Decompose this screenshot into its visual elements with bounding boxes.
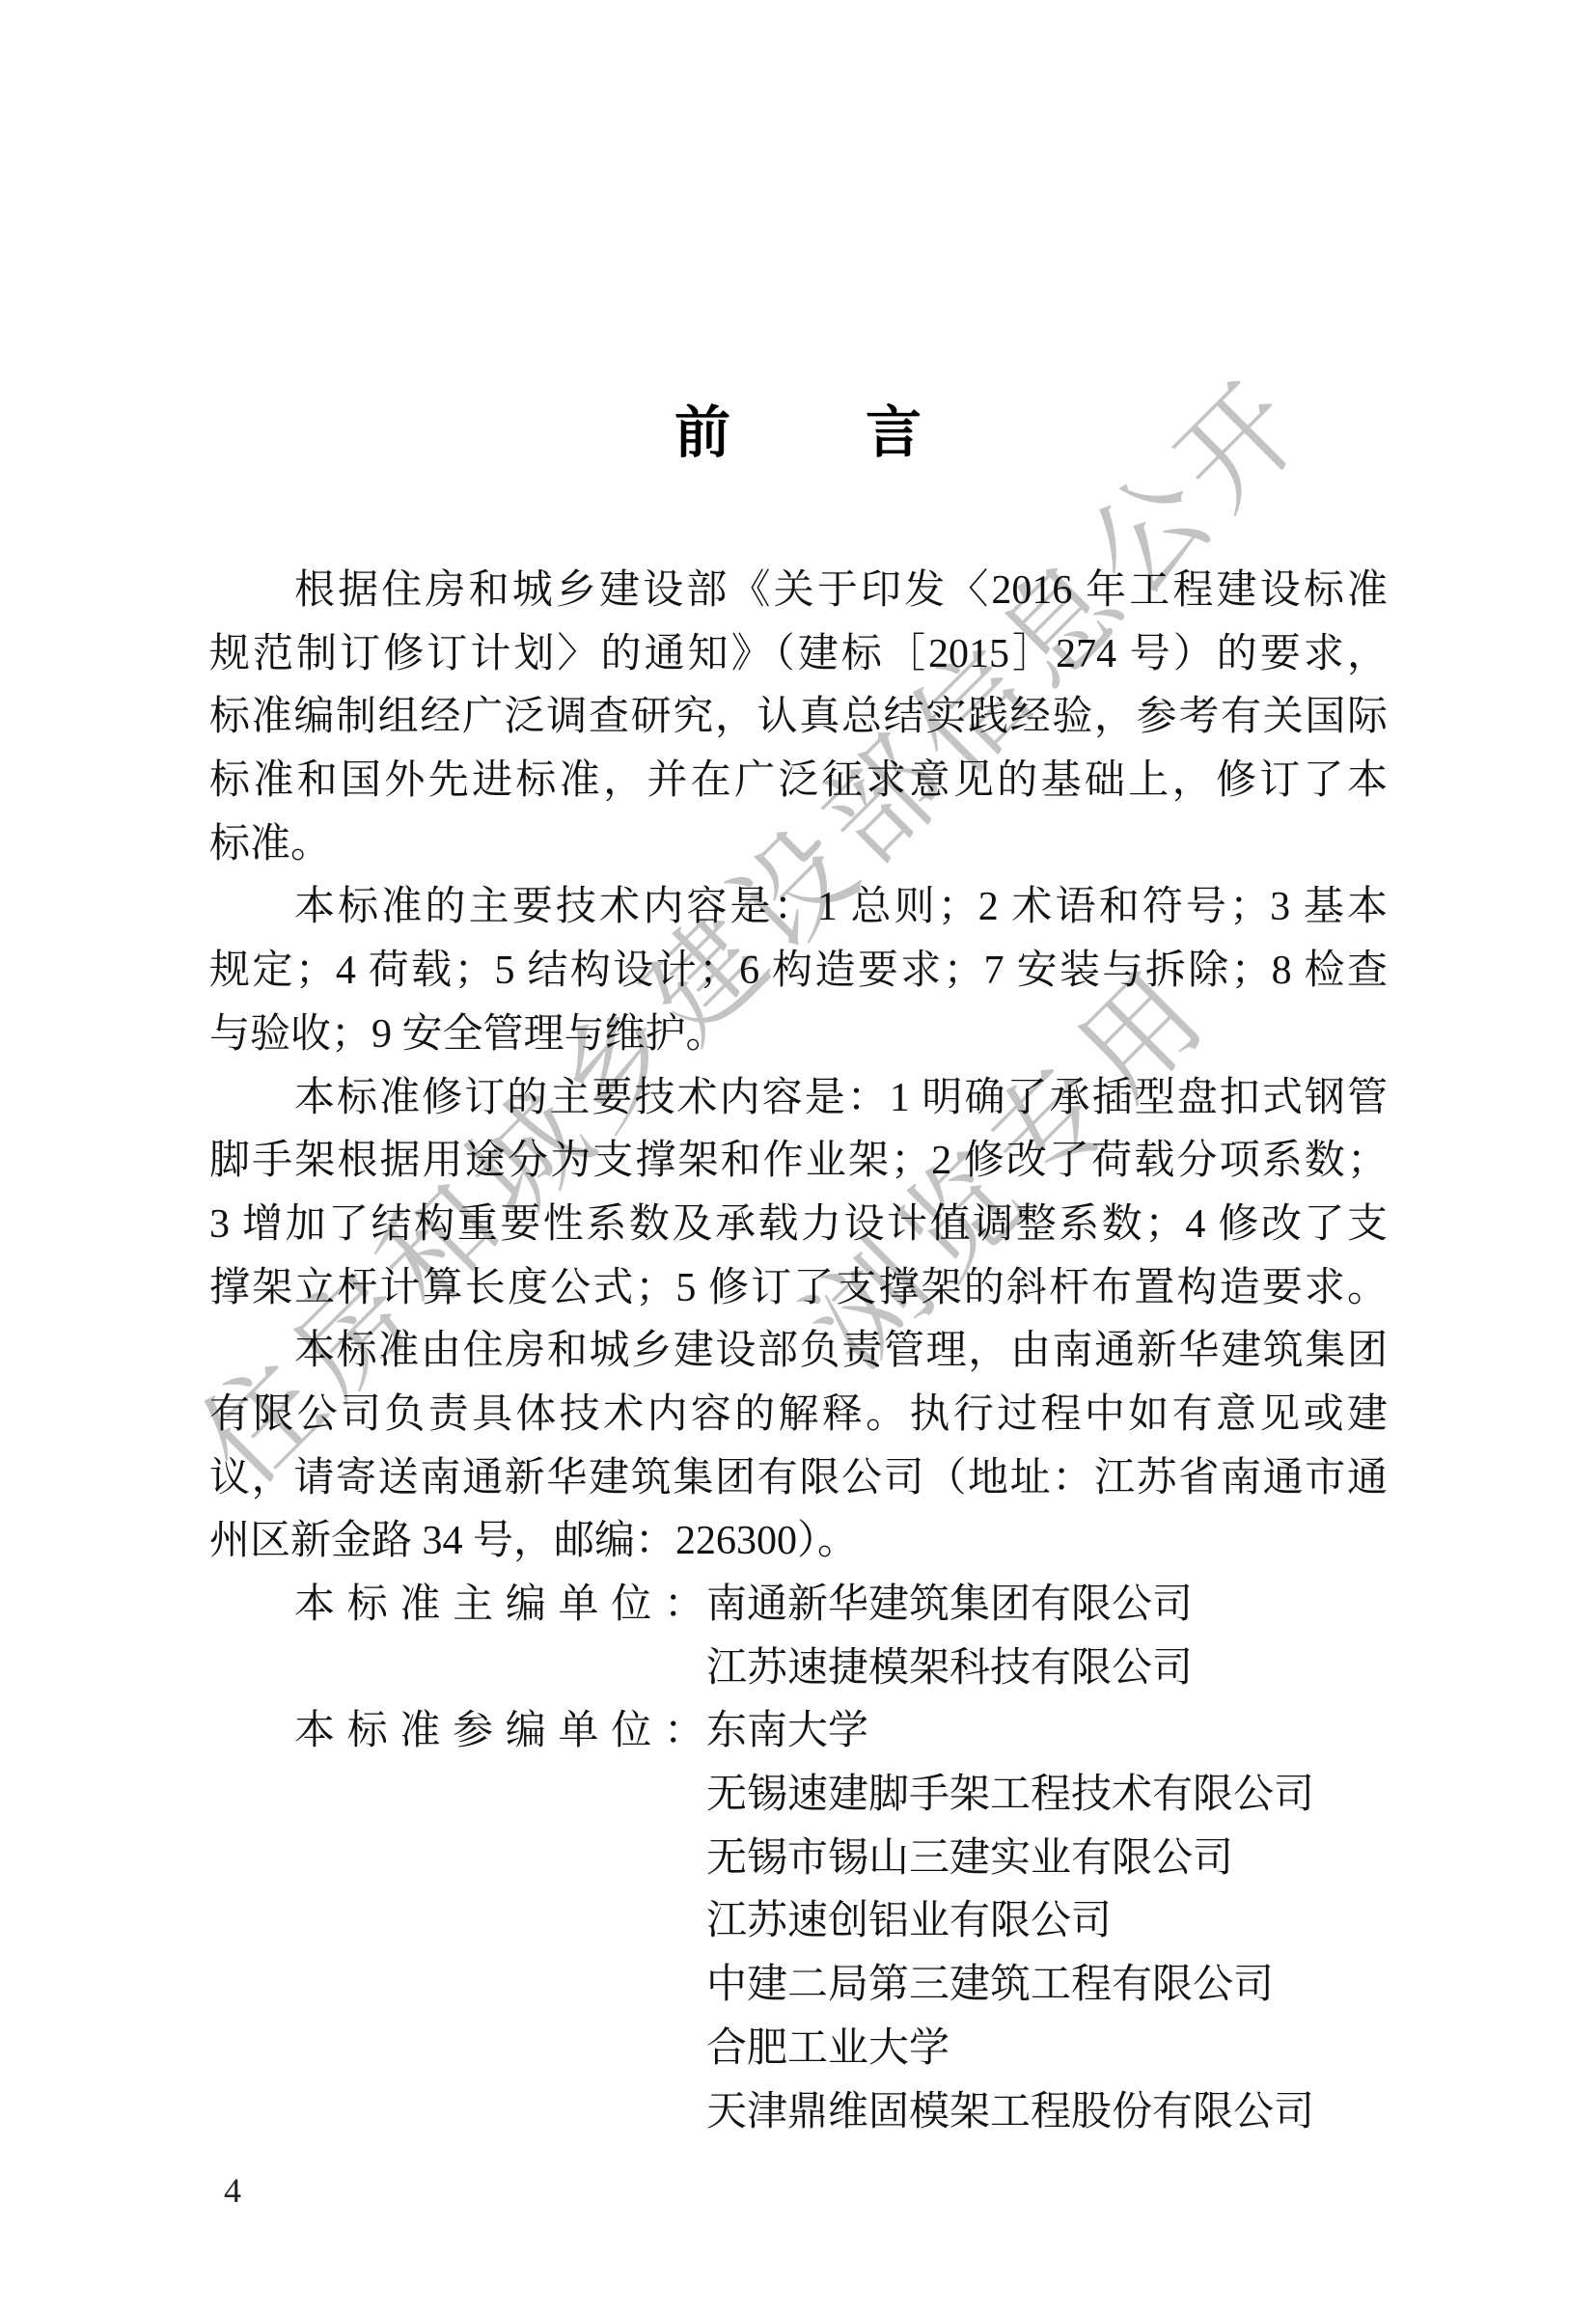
text-line: 规定；4 荷载；5 结构设计；6 构造要求；7 安装与拆除；8 检查 <box>209 940 1388 1004</box>
org-name: 合肥工业大学 <box>706 2018 949 2081</box>
participating-editor-units: 本标准参编单位： 东南大学 无锡速建脚手架工程技术有限公司 无锡市锡山三建实业有… <box>209 1700 1388 2144</box>
page-number: 4 <box>224 2171 241 2210</box>
org-row: 天津鼎维固模架工程股份有限公司 <box>209 2081 1388 2145</box>
org-row: 无锡市锡山三建实业有限公司 <box>209 1828 1388 1891</box>
page-title: 前言 <box>0 394 1596 471</box>
chief-editor-units: 本标准主编单位： 南通新华建筑集团有限公司 江苏速捷模架科技有限公司 <box>209 1574 1388 1700</box>
text-line: 3 增加了结构重要性系数及承载力设计值调整系数；4 修改了支 <box>209 1194 1388 1257</box>
text-line: 州区新金路 34 号，邮编：226300）。 <box>209 1510 1388 1574</box>
text-line: 本标准由住房和城乡建设部负责管理，由南通新华建筑集团 <box>209 1320 1388 1384</box>
org-name: 无锡市锡山三建实业有限公司 <box>706 1828 1233 1891</box>
text-line: 标准和国外先进标准，并在广泛征求意见的基础上，修订了本 <box>209 750 1388 813</box>
title-char-1: 前 <box>674 394 730 471</box>
text-line: 有限公司负责具体技术内容的解释。执行过程中如有意见或建 <box>209 1384 1388 1447</box>
document-page: 前言 根据住房和城乡建设部《关于印发〈2016 年工程建设标准 规范制订修订计划… <box>0 0 1596 2312</box>
org-row: 无锡速建脚手架工程技术有限公司 <box>209 1764 1388 1828</box>
org-name: 天津鼎维固模架工程股份有限公司 <box>706 2081 1314 2145</box>
text-line: 规范制订修订计划〉的通知》（建标［2015］274 号）的要求， <box>209 623 1388 687</box>
org-name: 江苏速捷模架科技有限公司 <box>706 1638 1193 1701</box>
text-line: 标准编制组经广泛调查研究，认真总结实践经验，参考有关国际 <box>209 686 1388 750</box>
text-line: 本标准修订的主要技术内容是：1 明确了承插型盘扣式钢管 <box>209 1067 1388 1131</box>
paragraph-1: 根据住房和城乡建设部《关于印发〈2016 年工程建设标准 规范制订修订计划〉的通… <box>209 560 1388 876</box>
org-row: 合肥工业大学 <box>209 2018 1388 2081</box>
paragraph-3: 本标准修订的主要技术内容是：1 明确了承插型盘扣式钢管 脚手架根据用途分为支撑架… <box>209 1067 1388 1321</box>
org-name: 无锡速建脚手架工程技术有限公司 <box>706 1764 1314 1828</box>
org-name: 江苏速创铝业有限公司 <box>706 1890 1112 1954</box>
text-line: 议，请寄送南通新华建筑集团有限公司（地址：江苏省南通市通 <box>209 1447 1388 1511</box>
text-line: 根据住房和城乡建设部《关于印发〈2016 年工程建设标准 <box>209 560 1388 623</box>
chief-editor-label: 本标准主编单位： <box>294 1574 704 1638</box>
org-row: 中建二局第三建筑工程有限公司 <box>209 1954 1388 2018</box>
org-row: 江苏速创铝业有限公司 <box>209 1890 1388 1954</box>
participating-editor-label: 本标准参编单位： <box>294 1700 704 1764</box>
org-row: 本标准参编单位： 东南大学 <box>209 1700 1388 1764</box>
text-line: 标准。 <box>209 813 1388 877</box>
org-row: 江苏速捷模架科技有限公司 <box>209 1638 1388 1701</box>
text-line: 本标准的主要技术内容是：1 总则；2 术语和符号；3 基本 <box>209 876 1388 940</box>
paragraph-4: 本标准由住房和城乡建设部负责管理，由南通新华建筑集团 有限公司负责具体技术内容的… <box>209 1320 1388 1574</box>
org-name: 南通新华建筑集团有限公司 <box>706 1574 1193 1638</box>
paragraph-2: 本标准的主要技术内容是：1 总则；2 术语和符号；3 基本 规定；4 荷载；5 … <box>209 876 1388 1066</box>
org-row: 本标准主编单位： 南通新华建筑集团有限公司 <box>209 1574 1388 1638</box>
title-char-2: 言 <box>866 394 922 471</box>
org-name: 东南大学 <box>706 1700 868 1764</box>
text-line: 撑架立杆计算长度公式；5 修订了支撑架的斜杆布置构造要求。 <box>209 1257 1388 1321</box>
text-line: 与验收；9 安全管理与维护。 <box>209 1004 1388 1067</box>
org-name: 中建二局第三建筑工程有限公司 <box>706 1954 1274 2018</box>
text-line: 脚手架根据用途分为支撑架和作业架；2 修改了荷载分项系数； <box>209 1130 1388 1194</box>
preface-body: 根据住房和城乡建设部《关于印发〈2016 年工程建设标准 规范制订修订计划〉的通… <box>209 560 1388 2144</box>
